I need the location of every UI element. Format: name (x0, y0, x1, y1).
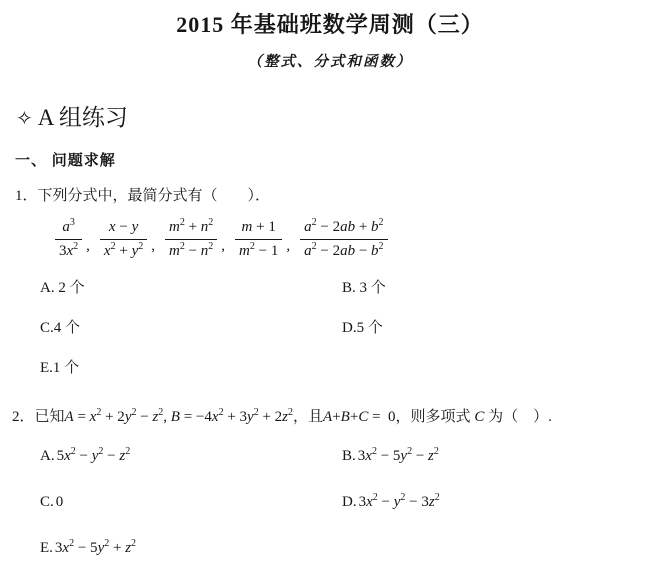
q2-option-a-label: A. (40, 448, 55, 464)
question-2-text-mid2: ，则多项式 (396, 409, 475, 425)
fraction-separator: , (286, 238, 290, 255)
question-1-options: A. 2 个 B. 3 个 C.4 个 D.5 个 E.1 个 (40, 278, 660, 378)
q2-option-b-label: B. (342, 448, 356, 464)
question-2-text-before: 已知 (35, 409, 65, 425)
fraction-separator: , (221, 238, 225, 255)
fraction-5-denominator: a2 − 2ab − b2 (300, 239, 387, 261)
fraction-3-denominator: m2 − n2 (165, 239, 217, 261)
q2-option-a-formula: 5x2 − y2 − z2 (57, 448, 131, 464)
fraction-3: m2 + n2 m2 − n2 (165, 218, 217, 261)
q2-option-d-label: D. (342, 494, 357, 510)
doc-title: 2015 年基础班数学周测（三） (0, 10, 660, 40)
q1-option-a: A. 2 个 (40, 278, 342, 298)
question-2-number: 2． (12, 409, 35, 425)
q1-option-d: D.5 个 (342, 318, 660, 338)
question-1-fractions: a3 3x2 , x − y x2 + y2 , m2 + n2 m2 − n2… (55, 214, 660, 264)
group-a-heading-label: A 组练习 (38, 105, 128, 130)
q2-option-a: A.5x2 − y2 − z2 (40, 446, 342, 466)
question-1: 1．下列分式中，最简分式有（ ）． (15, 186, 660, 206)
worksheet-page: 2015 年基础班数学周测（三） （整式、分式和函数） ✧A 组练习 一、 问题… (0, 0, 660, 575)
question-2-text-mid1: ，且 (293, 409, 323, 425)
q2-option-e-formula: 3x2 − 5y2 + z2 (55, 540, 136, 556)
q2-option-d: D.3x2 − y2 − 3z2 (342, 492, 660, 512)
question-1-text: 下列分式中，最简分式有（ ）． (38, 188, 271, 204)
fraction-2-numerator: x − y (105, 218, 142, 239)
q2-option-b: B.3x2 − 5y2 − z2 (342, 446, 660, 466)
fraction-1: a3 3x2 (55, 218, 82, 261)
q1-option-c: C.4 个 (40, 318, 342, 338)
question-2-options: A.5x2 − y2 − z2 B.3x2 − 5y2 − z2 C.0 D.3… (40, 446, 660, 558)
fraction-4-denominator: m2 − 1 (235, 239, 282, 261)
fraction-separator: , (86, 238, 90, 255)
q2-option-c: C.0 (40, 492, 342, 512)
q2-option-e: E.3x2 − 5y2 + z2 (40, 538, 342, 558)
fraction-5: a2 − 2ab + b2 a2 − 2ab − b2 (300, 218, 387, 261)
fraction-1-numerator: a3 (58, 218, 79, 239)
four-pointed-star-icon: ✧ (16, 108, 33, 130)
q1-option-b: B. 3 个 (342, 278, 660, 298)
question-1-number: 1． (15, 188, 38, 204)
q2-option-d-formula: 3x2 − y2 − 3z2 (359, 494, 440, 510)
question-2-formula-ab: A = x2 + 2y2 − z2, B = −4x2 + 3y2 + 2z2 (65, 409, 293, 425)
fraction-separator: , (151, 238, 155, 255)
q2-option-c-formula: 0 (56, 494, 64, 510)
fraction-4-numerator: m + 1 (238, 218, 280, 239)
fraction-5-numerator: a2 − 2ab + b2 (300, 218, 387, 239)
part-1-heading: 一、 问题求解 (15, 151, 660, 171)
doc-subtitle: （整式、分式和函数） (0, 52, 660, 72)
q2-option-c-label: C. (40, 494, 54, 510)
fraction-1-denominator: 3x2 (55, 239, 82, 261)
question-2: 2．已知A = x2 + 2y2 − z2, B = −4x2 + 3y2 + … (12, 404, 660, 430)
fraction-4: m + 1 m2 − 1 (235, 218, 282, 261)
question-2-formula-c: C (474, 409, 484, 425)
fraction-2-denominator: x2 + y2 (100, 239, 147, 261)
question-2-formula-sum: A+B+C = 0 (323, 409, 396, 425)
fraction-3-numerator: m2 + n2 (165, 218, 217, 239)
fraction-2: x − y x2 + y2 (100, 218, 147, 261)
question-2-text-after: 为（ ）. (484, 409, 552, 425)
group-a-heading: ✧A 组练习 (16, 105, 660, 132)
q1-option-e: E.1 个 (40, 358, 342, 378)
q2-option-b-formula: 3x2 − 5y2 − z2 (358, 448, 439, 464)
q2-option-e-label: E. (40, 540, 53, 556)
